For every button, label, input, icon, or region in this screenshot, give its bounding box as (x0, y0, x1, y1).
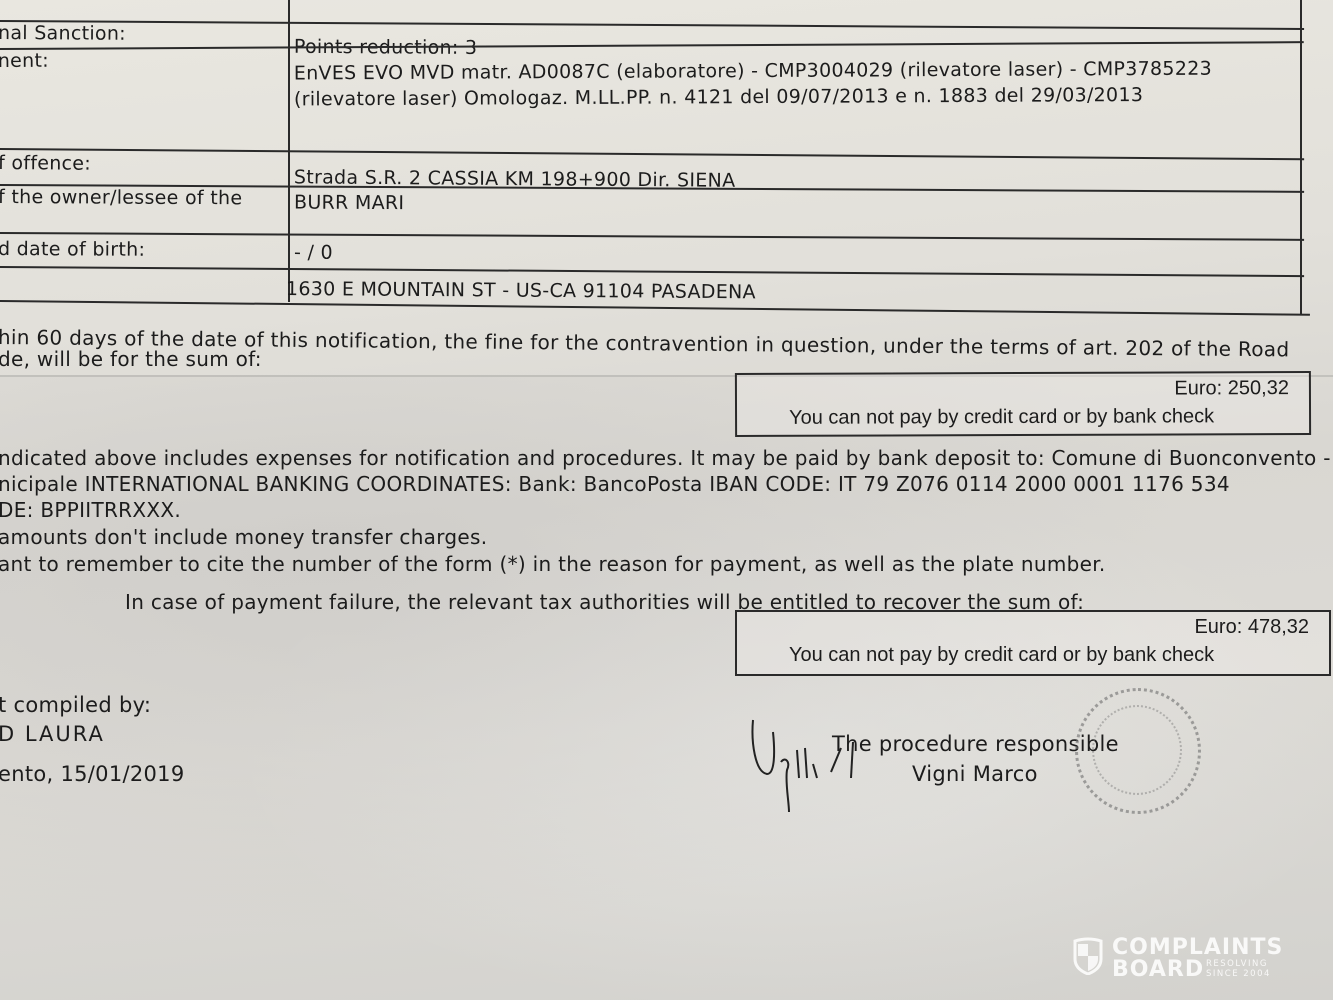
compiled-place-date: ento, 15/01/2019 (0, 762, 185, 786)
watermark-tag2: SINCE 2004 (1206, 969, 1271, 979)
watermark-tag1: RESOLVING (1206, 959, 1268, 969)
equipment-label: nent: (0, 50, 49, 72)
payment-info-line4: amounts don't include money transfer cha… (0, 525, 487, 549)
owner-label: f the owner/lessee of the (0, 186, 242, 209)
table-row-equipment: nent: EnVES EVO MVD matr. AD0087C (elabo… (0, 41, 1304, 155)
signature-name: Vigni Marco (912, 762, 1038, 786)
payment-info-line2: nicipale INTERNATIONAL BANKING COORDINAT… (0, 472, 1230, 496)
failure-payment-note: You can not pay by credit card or by ban… (789, 644, 1214, 667)
payment-info-line3: DE: BPPIITRRXXX. (0, 498, 181, 522)
birth-label: d date of birth: (0, 238, 145, 261)
compiled-by-label: t compiled by: (0, 693, 151, 717)
failure-amount: Euro: 478,32 (1194, 616, 1309, 639)
fine-amount-box: Euro: 250,32 You can not pay by credit c… (735, 371, 1311, 437)
watermark-tagline: RESOLVING SINCE 2004 (1206, 959, 1271, 979)
owner-value: BURR MARI (294, 192, 404, 215)
birth-value: - / 0 (294, 242, 333, 264)
equipment-value-line1: EnVES EVO MVD matr. AD0087C (elaboratore… (294, 58, 1212, 85)
table-row (0, 0, 1304, 22)
fine-payment-note: You can not pay by credit card or by ban… (789, 405, 1214, 429)
shield-icon (1072, 937, 1104, 975)
fine-amount: Euro: 250,32 (1174, 377, 1289, 400)
sanction-label: nal Sanction: (0, 22, 126, 45)
place-label: f offence: (0, 152, 91, 175)
compiled-by-name: D LAURA (0, 722, 105, 746)
address-value: 1630 E MOUNTAIN ST - US-CA 91104 PASADEN… (286, 278, 756, 303)
equipment-value-line2: (rilevatore laser) Omologaz. M.LL.PP. n.… (294, 84, 1143, 110)
payment-info-line5: ant to remember to cite the number of th… (0, 552, 1106, 576)
handwritten-signature (745, 712, 865, 822)
watermark-line2: BOARD (1112, 957, 1204, 982)
official-stamp (1075, 688, 1201, 814)
failure-amount-box: Euro: 478,32 You can not pay by credit c… (735, 610, 1331, 676)
payment-info-line1: ndicated above includes expenses for not… (0, 446, 1331, 470)
fine-notice-line2: de, will be for the sum of: (0, 347, 262, 371)
official-stamp-inner-ring (1092, 705, 1182, 795)
